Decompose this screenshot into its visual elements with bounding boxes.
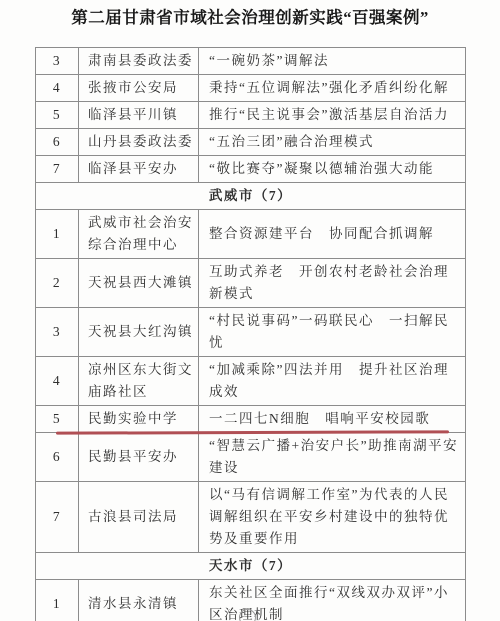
desc-cell: “敬比赛夺”凝聚以德辅治强大动能 (199, 156, 466, 183)
org-cell: 古浪县司法局 (79, 482, 199, 553)
desc-cell: 一二四七N细胞 唱响平安校园歌 (199, 406, 466, 433)
num-cell: 5 (36, 102, 79, 129)
desc-cell: “智慧云广播+治安户长”助推南湖平安建设 (199, 433, 466, 482)
desc-cell: “五治三团”融合治理模式 (199, 129, 466, 156)
num-cell: 5 (36, 406, 79, 433)
org-cell: 武威市社会治安综合治理中心 (79, 210, 199, 259)
org-cell: 凉州区东大街文庙路社区 (79, 357, 199, 406)
org-cell: 山丹县委政法委 (79, 129, 199, 156)
table-row: 6山丹县委政法委“五治三团”融合治理模式 (36, 129, 466, 156)
cases-table-body: 3肃南县委政法委“一碗奶茶”调解法4张掖市公安局秉持“五位调解法”强化矛盾纠纷化… (36, 48, 466, 621)
table-row: 3肃南县委政法委“一碗奶茶”调解法 (36, 48, 466, 75)
table-row: 6民勤县平安办“智慧云广播+治安户长”助推南湖平安建设 (36, 433, 466, 482)
desc-cell: 整合资源建平台 协同配合抓调解 (199, 210, 466, 259)
num-cell: 1 (36, 580, 79, 621)
document-page: 第二届甘肃省市域社会治理创新实践“百强案例” 3肃南县委政法委“一碗奶茶”调解法… (0, 0, 500, 621)
num-cell: 1 (36, 210, 79, 259)
num-cell: 6 (36, 433, 79, 482)
desc-cell: “一碗奶茶”调解法 (199, 48, 466, 75)
org-cell: 天祝县大红沟镇 (79, 308, 199, 357)
section-header-row: 天水市（7） (36, 553, 466, 580)
desc-cell: “村民说事码”一码联民心 一扫解民忧 (199, 308, 466, 357)
cases-table: 3肃南县委政法委“一碗奶茶”调解法4张掖市公安局秉持“五位调解法”强化矛盾纠纷化… (35, 47, 466, 621)
org-cell: 肃南县委政法委 (79, 48, 199, 75)
num-cell: 3 (36, 48, 79, 75)
circle-indicator-icon (239, 609, 256, 621)
table-row: 7临泽县平安办“敬比赛夺”凝聚以德辅治强大动能 (36, 156, 466, 183)
org-cell: 临泽县平安办 (79, 156, 199, 183)
table-row: 5民勤实验中学一二四七N细胞 唱响平安校园歌 (36, 406, 466, 433)
num-cell: 7 (36, 482, 79, 553)
table-row: 5临泽县平川镇推行“民主说事会”激活基层自治活力 (36, 102, 466, 129)
org-cell: 临泽县平川镇 (79, 102, 199, 129)
org-cell: 清水县永清镇 (79, 580, 199, 621)
desc-cell: 互助式养老 开创农村老龄社会治理新模式 (199, 259, 466, 308)
desc-cell: “加减乘除”四法并用 提升社区治理成效 (199, 357, 466, 406)
table-row: 2天祝县西大滩镇互助式养老 开创农村老龄社会治理新模式 (36, 259, 466, 308)
section-header-row: 武威市（7） (36, 183, 466, 210)
table-row: 1武威市社会治安综合治理中心整合资源建平台 协同配合抓调解 (36, 210, 466, 259)
section-header: 天水市（7） (36, 553, 466, 580)
num-cell: 4 (36, 75, 79, 102)
table-row: 7古浪县司法局以“马有信调解工作室”为代表的人民调解组织在平安乡村建设中的独特优… (36, 482, 466, 553)
num-cell: 4 (36, 357, 79, 406)
org-cell: 民勤实验中学 (79, 406, 199, 433)
num-cell: 3 (36, 308, 79, 357)
table-row: 4张掖市公安局秉持“五位调解法”强化矛盾纠纷化解 (36, 75, 466, 102)
table-row: 4凉州区东大街文庙路社区“加减乘除”四法并用 提升社区治理成效 (36, 357, 466, 406)
org-cell: 天祝县西大滩镇 (79, 259, 199, 308)
page-title: 第二届甘肃省市域社会治理创新实践“百强案例” (0, 0, 500, 29)
desc-cell: 以“马有信调解工作室”为代表的人民调解组织在平安乡村建设中的独特优势及重要作用 (199, 482, 466, 553)
org-cell: 民勤县平安办 (79, 433, 199, 482)
org-cell: 张掖市公安局 (79, 75, 199, 102)
section-header: 武威市（7） (36, 183, 466, 210)
num-cell: 6 (36, 129, 79, 156)
desc-cell: 秉持“五位调解法”强化矛盾纠纷化解 (199, 75, 466, 102)
table-row: 3天祝县大红沟镇“村民说事码”一码联民心 一扫解民忧 (36, 308, 466, 357)
num-cell: 7 (36, 156, 79, 183)
num-cell: 2 (36, 259, 79, 308)
desc-cell: 推行“民主说事会”激活基层自治活力 (199, 102, 466, 129)
